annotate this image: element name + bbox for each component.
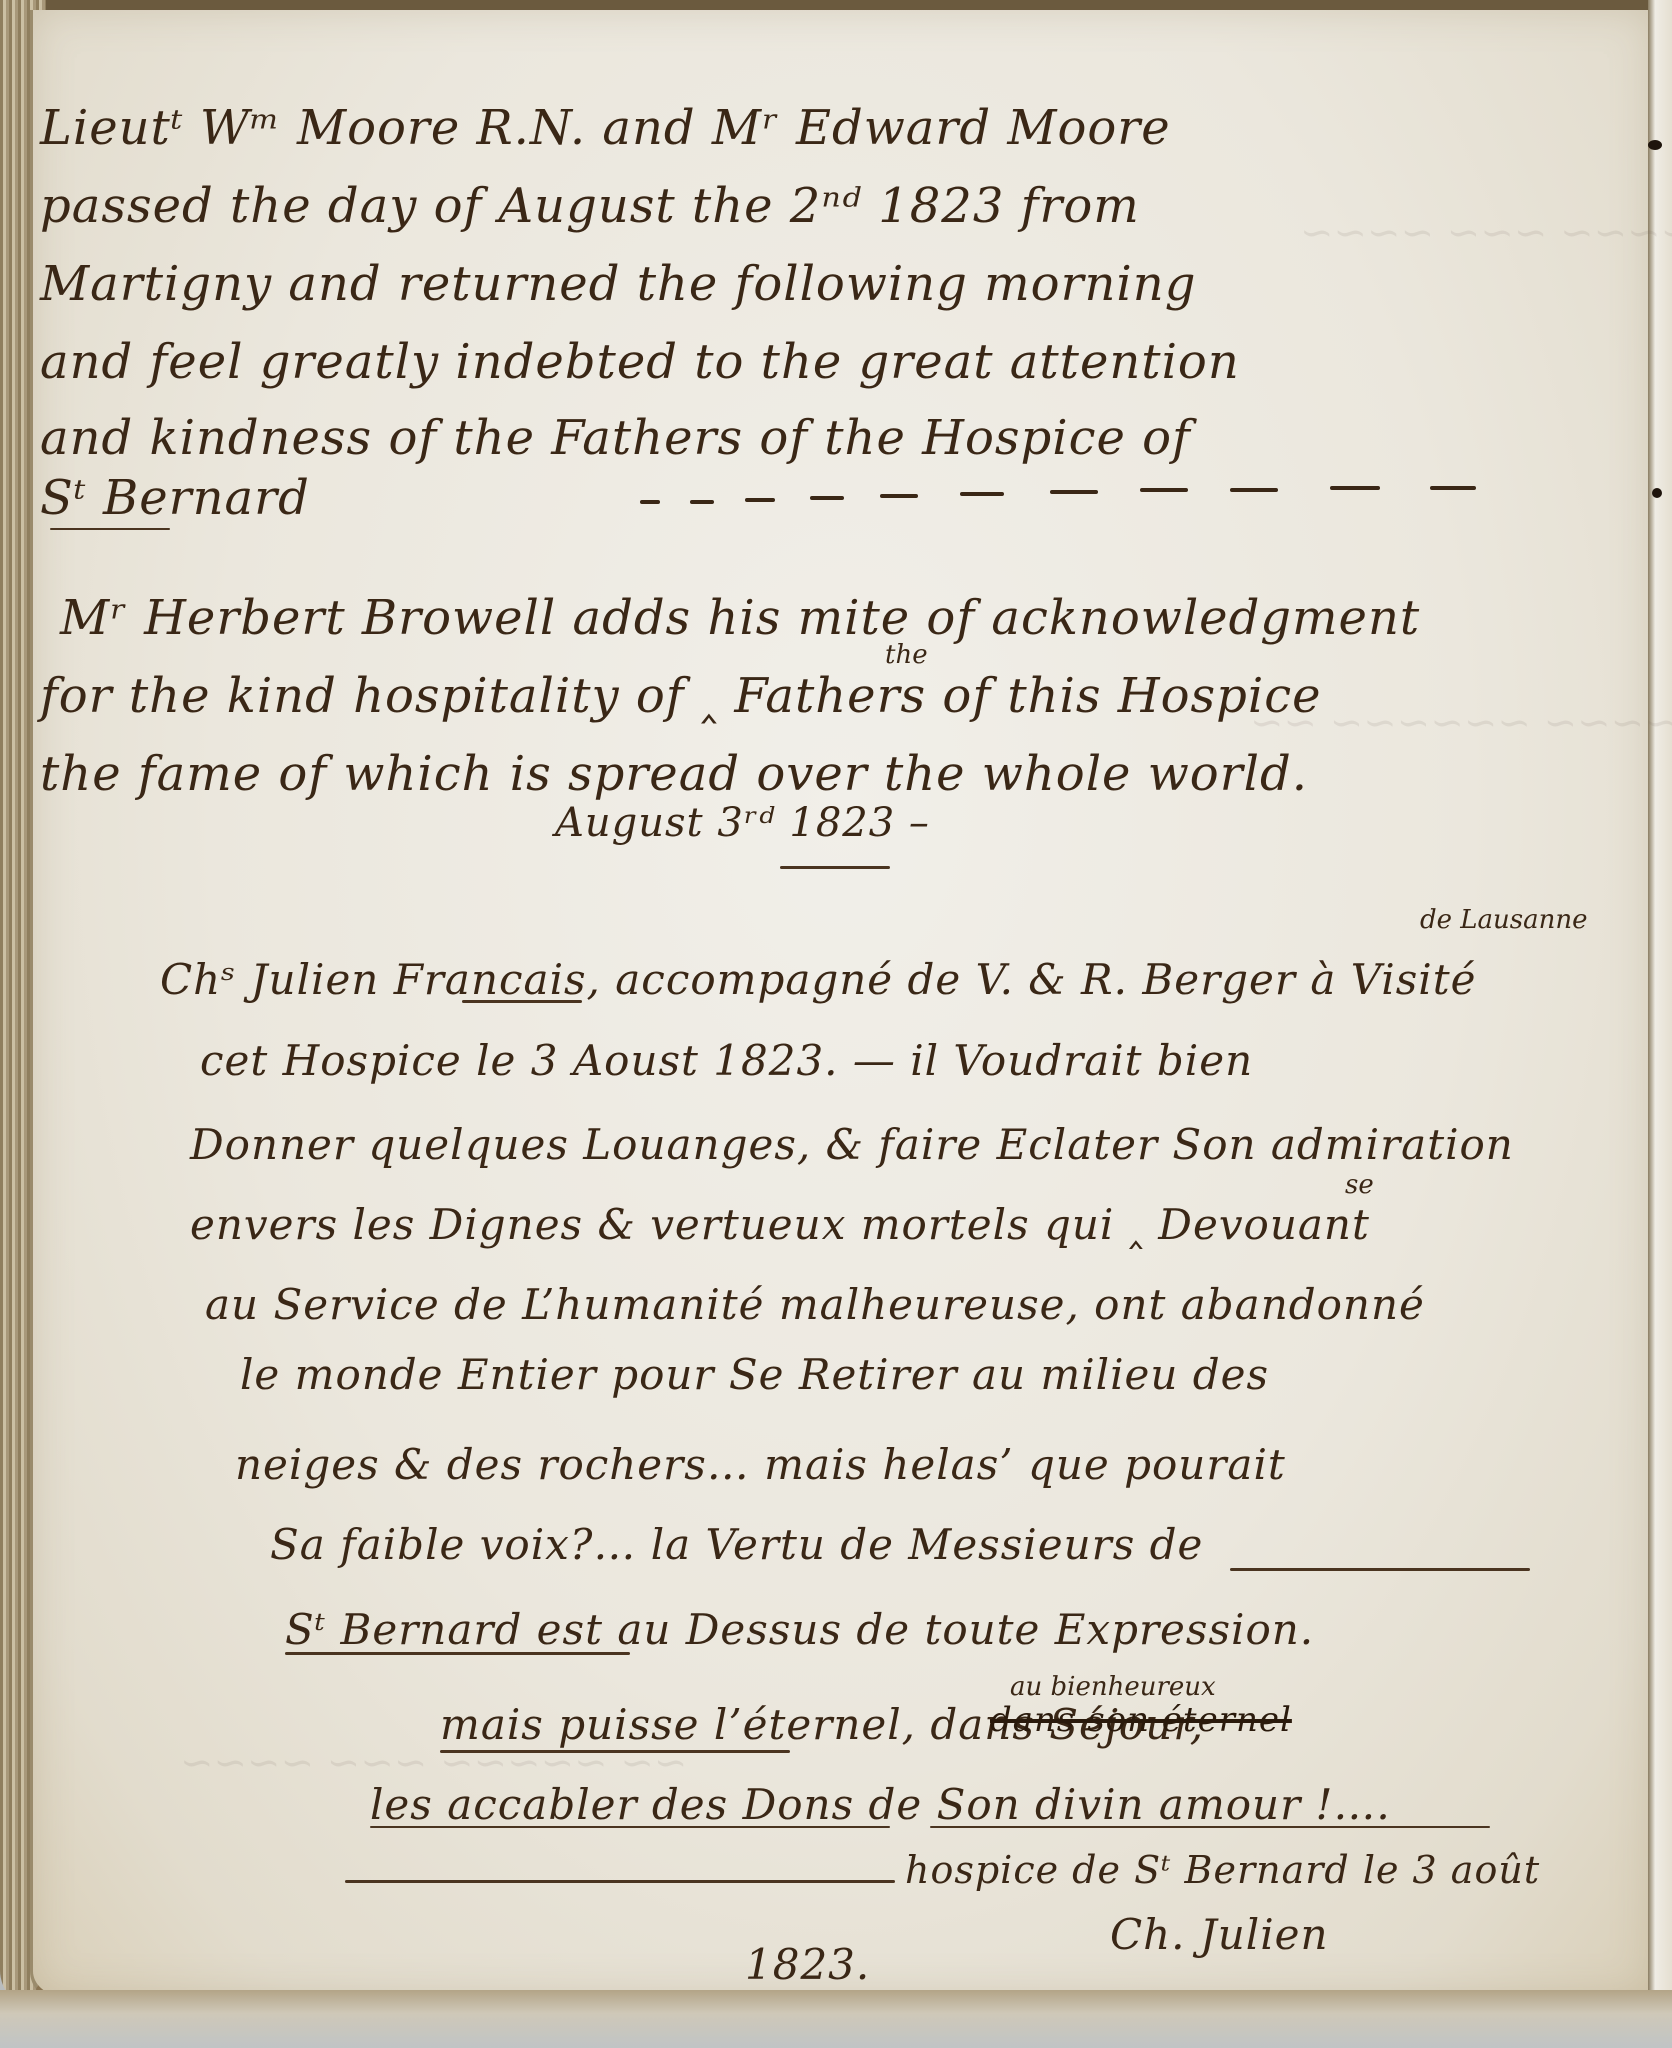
entry1-line-5: and kindness of the Fathers of the Hospi… — [40, 410, 1191, 466]
filler-dash — [1050, 490, 1098, 494]
underline-st-bernard — [285, 1652, 630, 1655]
entry2-line-1: Mʳ Herbert Browell adds his mite of ackn… — [60, 590, 1420, 646]
year: 1823. — [745, 1940, 870, 1989]
entry3-line-7: neiges & des rochers… mais helas’ que po… — [235, 1440, 1286, 1489]
filler-dash — [1230, 488, 1278, 492]
entry2-insertion: the — [885, 640, 928, 670]
ink-blot — [1648, 140, 1662, 150]
entry3-line-11: les accabler des Dons de Son divin amour… — [370, 1780, 1391, 1829]
entry1-line-3: Martigny and returned the following morn… — [40, 256, 1196, 312]
ink-blot — [1652, 488, 1662, 498]
entry3-line-5: au Service de L’humanité malheureuse, on… — [205, 1280, 1425, 1329]
filler-dash — [880, 494, 918, 498]
entry1-line-6: Sᵗ Bernard — [40, 470, 310, 526]
entry3-line-4: envers les Dignes & vertueux mortels qui… — [190, 1200, 1370, 1249]
underline-francais — [462, 1000, 582, 1003]
entry2-line-2: for the kind hospitality of ‸ Fathers of… — [40, 668, 1322, 724]
entry3-line-1: Chˢ Julien Francais, accompagné de V. & … — [160, 955, 1476, 1004]
filler-dash — [960, 492, 1004, 496]
struck-text: dans son éternel — [990, 1700, 1292, 1740]
entry3-line-9: Sᵗ Bernard est au Dessus de toute Expres… — [285, 1605, 1314, 1654]
bleed-through-text: ~~~~~ ~~~ ~~~~ — [1300, 210, 1672, 256]
entry3-line-2: cet Hospice le 3 Aoust 1823. — il Voudra… — [200, 1036, 1253, 1085]
entry2-line-3: the fame of which is spread over the who… — [40, 746, 1308, 802]
entry1-line-2: passed the day of August the 2ⁿᵈ 1823 fr… — [40, 178, 1140, 234]
long-dash-rule — [345, 1880, 895, 1883]
book-bottom-edge — [0, 1990, 1672, 2048]
entry3-line-8: Sa faible voix?… la Vertu de Messieurs d… — [270, 1520, 1203, 1569]
underline-divin-amour — [930, 1826, 1490, 1828]
underline-accabler — [370, 1826, 890, 1828]
filler-dash — [1430, 486, 1476, 490]
marginal-note: de Lausanne — [1420, 905, 1588, 935]
filler-dash — [810, 496, 844, 500]
underline-messieurs — [1230, 1568, 1530, 1571]
filler-dash — [640, 500, 660, 504]
filler-dash — [1330, 486, 1380, 490]
separator-rule — [780, 866, 890, 869]
entry3-line-3: Donner quelques Louanges, & faire Eclate… — [190, 1120, 1514, 1169]
entry3-line-6: le monde Entier pour Se Retirer au milie… — [240, 1350, 1269, 1399]
signature: Ch. Julien — [1110, 1910, 1329, 1959]
entry3-insertion-se: se — [1345, 1170, 1374, 1200]
filler-dash — [1140, 488, 1188, 492]
entry3-insertion-au-bienheureux: au bienheureux — [1010, 1672, 1216, 1702]
place-date: hospice de Sᵗ Bernard le 3 août — [905, 1848, 1540, 1892]
filler-dash — [690, 500, 714, 504]
entry1-line-4: and feel greatly indebted to the great a… — [40, 334, 1240, 390]
filler-dash — [745, 498, 775, 502]
separator-rule — [50, 528, 170, 530]
entry1-line-1: Lieutᵗ Wᵐ Moore R.N. and Mʳ Edward Moore — [40, 100, 1171, 156]
page-gutter — [1648, 0, 1672, 2000]
underline-mais-puisse — [440, 1750, 790, 1753]
book-top-edge — [0, 0, 1672, 10]
entry2-date: August 3ʳᵈ 1823 – — [555, 800, 930, 846]
